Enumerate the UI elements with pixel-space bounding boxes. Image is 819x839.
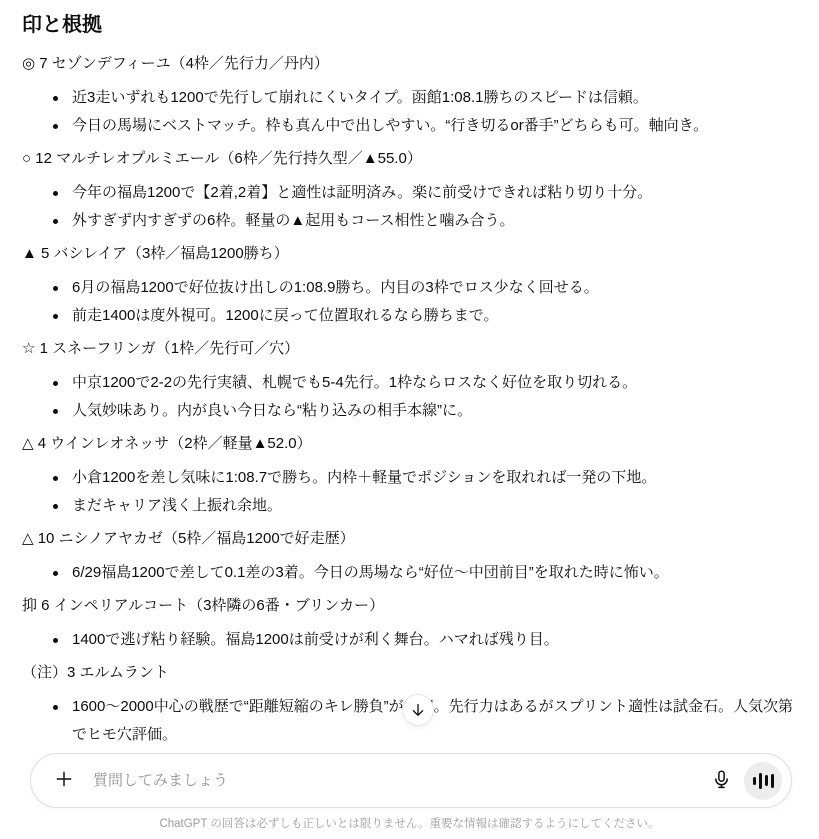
section-header-honmei: ◎ 7 セゾンデフィーユ（4枠／先行力／丹内） [22, 50, 795, 78]
bullet-item: 近3走いずれも1200で先行して崩れにくいタイプ。函館1:08.1勝ちのスピード… [22, 84, 795, 112]
dictate-button[interactable] [704, 764, 738, 798]
arrow-down-icon [410, 702, 426, 718]
section-bullets: 6/29福島1200で差して0.1差の3着。今日の馬場なら“好位～中団前目”を取… [22, 559, 795, 587]
section-header-sankaku-10: △ 10 ニシノアヤカゼ（5枠／福島1200で好走歴） [22, 525, 795, 553]
section-header-osae: 抑 6 インペリアルコート（3枠隣の6番・ブリンカー） [22, 592, 795, 620]
section-bullets: 1400で逃げ粘り経験。福島1200は前受けが利く舞台。ハマれば残り目。 [22, 626, 795, 654]
section-header-tanana: ▲ 5 バシレイア（3枠／福島1200勝ち） [22, 240, 795, 268]
section-header-sankaku-4: △ 4 ウインレオネッサ（2枠／軽量▲52.0） [22, 430, 795, 458]
section-header-taikou: ○ 12 マルチレオプルミエール（6枠／先行持久型／▲55.0） [22, 145, 795, 173]
bullet-item: 今日の馬場にベストマッチ。枠も真ん中で出しやすい。“行き切るor番手”どちらも可… [22, 112, 795, 140]
section-bullets: 中京1200で2-2の先行実績、札幌でも5-4先行。1枠ならロスなく好位を取り切… [22, 369, 795, 425]
attach-plus-button[interactable] [49, 766, 79, 796]
bullet-item: 6/29福島1200で差して0.1差の3着。今日の馬場なら“好位～中団前目”を取… [22, 559, 795, 587]
voice-mode-button[interactable] [744, 762, 782, 800]
section-bullets: 6月の福島1200で好位抜け出しの1:08.9勝ち。内目の3枠でロス少なく回せる… [22, 274, 795, 330]
chat-message-content: 印と根拠 ◎ 7 セゾンデフィーユ（4枠／先行力／丹内） 近3走いずれも1200… [0, 0, 819, 754]
chat-composer [30, 753, 792, 808]
microphone-icon [711, 769, 732, 793]
bullet-item: 外すぎず内すぎずの6枠。軽量の▲起用もコース相性と噛み合う。 [22, 207, 795, 235]
section-bullets: 小倉1200を差し気味に1:08.7で勝ち。内枠＋軽量でポジションを取れれば一発… [22, 464, 795, 520]
prompt-input[interactable] [93, 772, 704, 789]
voice-waveform-icon [753, 773, 774, 789]
section-bullets: 近3走いずれも1200で先行して崩れにくいタイプ。函館1:08.1勝ちのスピード… [22, 84, 795, 140]
bullet-item: 小倉1200を差し気味に1:08.7で勝ち。内枠＋軽量でポジションを取れれば一発… [22, 464, 795, 492]
scroll-to-bottom-button[interactable] [402, 694, 434, 726]
page-title: 印と根拠 [22, 12, 795, 38]
bullet-item: 中京1200で2-2の先行実績、札幌でも5-4先行。1枠ならロスなく好位を取り切… [22, 369, 795, 397]
section-header-hoshi: ☆ 1 スネーフリンガ（1枠／先行可／穴） [22, 335, 795, 363]
chatgpt-disclaimer: ChatGPT の回答は必ずしも正しいとは限りません。重要な情報は確認するように… [0, 815, 819, 831]
section-header-chuu: （注）3 エルムラント [22, 659, 795, 687]
bullet-item: まだキャリア浅く上振れ余地。 [22, 492, 795, 520]
bullet-item: 今年の福島1200で【2着,2着】と適性は証明済み。楽に前受けできれば粘り切り十… [22, 179, 795, 207]
section-bullets: 今年の福島1200で【2着,2着】と適性は証明済み。楽に前受けできれば粘り切り十… [22, 179, 795, 235]
bullet-item: 人気妙味あり。内が良い今日なら“粘り込みの相手本線”に。 [22, 397, 795, 425]
plus-icon [54, 769, 74, 792]
bullet-item: 6月の福島1200で好位抜け出しの1:08.9勝ち。内目の3枠でロス少なく回せる… [22, 274, 795, 302]
bullet-item: 前走1400は度外視可。1200に戻って位置取れるなら勝ちまで。 [22, 302, 795, 330]
bullet-item: 1400で逃げ粘り経験。福島1200は前受けが利く舞台。ハマれば残り目。 [22, 626, 795, 654]
